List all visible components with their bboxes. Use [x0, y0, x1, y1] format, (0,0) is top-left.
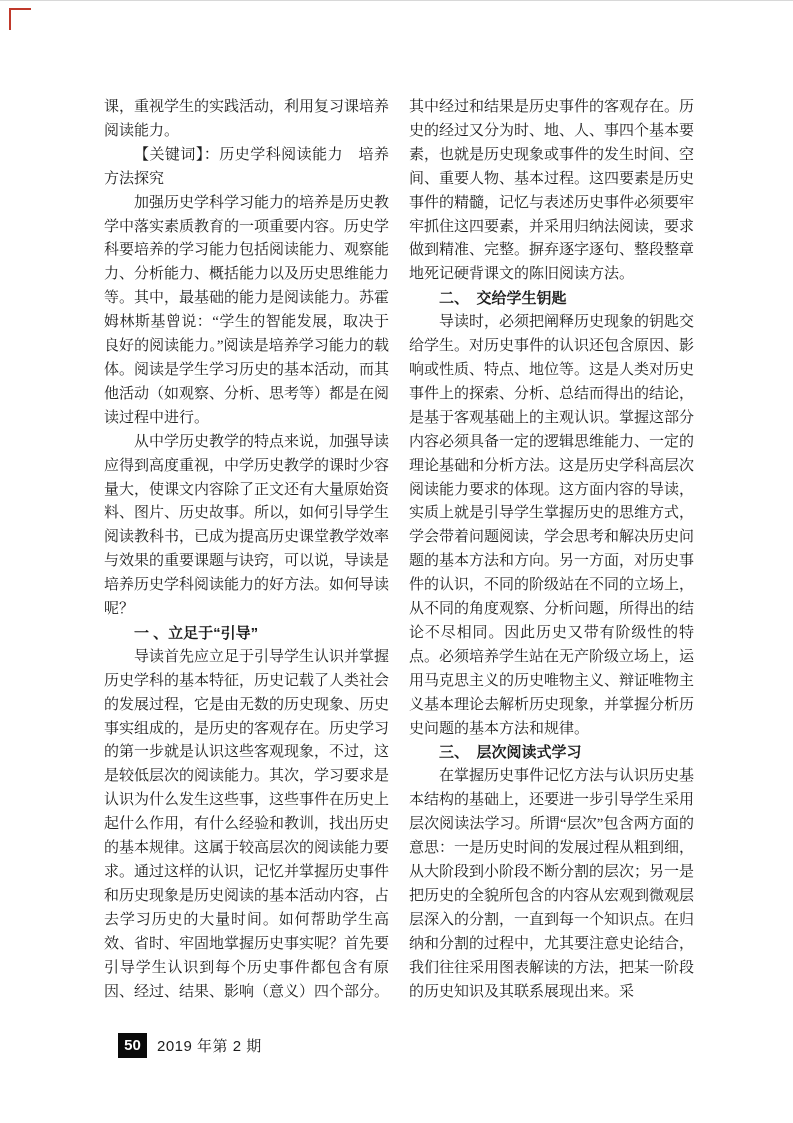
paragraph: 导读首先应立足于引导学生认识并掌握历史学科的基本特征，历史记载了人类社会的发展过…: [104, 646, 389, 1005]
section-heading-1: 一 、立足于“引导”: [104, 622, 389, 646]
issue-label: 2019 年第 2 期: [157, 1035, 262, 1056]
paragraph: 导读时，必须把阐释历史现象的钥匙交给学生。对历史事件的认识还包含原因、影响或性质…: [409, 311, 694, 741]
page-footer: 50 2019 年第 2 期: [118, 1033, 262, 1058]
keywords-line: 【关键词】：历史学科阅读能力 培养方法探究: [104, 144, 389, 192]
red-corner-mark: [9, 8, 31, 30]
paragraph: 从中学历史教学的特点来说，加强导读应得到高度重视，中学历史教学的课时少容量大，使…: [104, 431, 389, 622]
continuation-paragraph: 其中经过和结果是历史事件的客观存在。历史的经过又分为时、地、人、事四个基本要素，…: [409, 96, 694, 287]
text-column-right: 其中经过和结果是历史事件的客观存在。历史的经过又分为时、地、人、事四个基本要素，…: [409, 96, 694, 1004]
text-column-left: 课，重视学生的实践活动，利用复习课培养阅读能力。【关键词】：历史学科阅读能力 培…: [104, 96, 389, 1004]
section-heading-3: 三、 层次阅读式学习: [409, 741, 694, 765]
paragraph: 在掌握历史事件记忆方法与认识历史基本结构的基础上，还要进一步引导学生采用层次阅读…: [409, 765, 694, 1004]
paragraph: 加强历史学科学习能力的培养是历史教学中落实素质教育的一项重要内容。历史学科要培养…: [104, 192, 389, 431]
continuation-paragraph: 课，重视学生的实践活动，利用复习课培养阅读能力。: [104, 96, 389, 144]
page: 课，重视学生的实践活动，利用复习课培养阅读能力。【关键词】：历史学科阅读能力 培…: [0, 0, 793, 1123]
section-heading-2: 二、 交给学生钥匙: [409, 287, 694, 311]
page-number-badge: 50: [118, 1033, 147, 1058]
